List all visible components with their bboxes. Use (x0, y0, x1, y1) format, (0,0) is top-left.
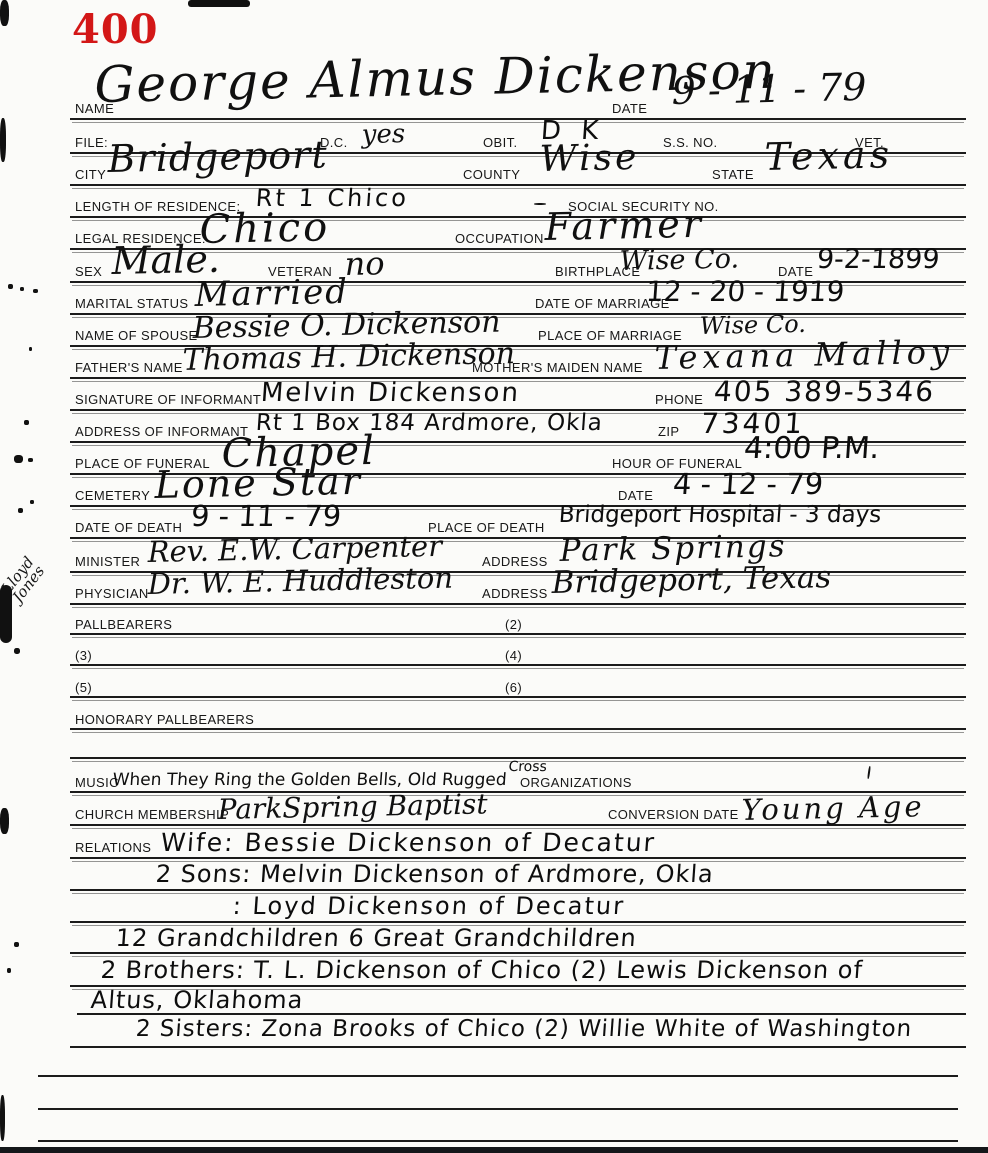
scan-artifact (0, 0, 9, 26)
form-rule (38, 1075, 958, 1077)
sex-label: SEX (75, 264, 102, 279)
church-membership-label: CHURCH MEMBERSHIP (75, 807, 229, 822)
place-of-death-value: Bridgeport Hospital - 3 days (558, 504, 882, 527)
music-value: When They Ring the Golden Bells, Old Rug… (112, 772, 507, 789)
record-date-label: DATE (612, 101, 647, 116)
scan-artifact (14, 455, 23, 463)
record-date-value: 9 - 11 - 79 (671, 68, 867, 110)
county-value: Wise (539, 140, 639, 178)
form-rule (70, 728, 966, 730)
zip-label: ZIP (658, 424, 679, 439)
pallbearer-4-label: (4) (505, 648, 522, 663)
scan-artifact (7, 968, 11, 973)
scan-artifact (20, 287, 24, 291)
form-rule (70, 633, 966, 635)
form-rule (70, 603, 966, 605)
pallbearer-6-label: (6) (505, 680, 522, 695)
date-of-death-label: DATE OF DEATH (75, 520, 182, 535)
conversion-date-value: Young Age (741, 792, 924, 825)
county-label: COUNTY (463, 167, 520, 182)
cemetery-label: CEMETERY (75, 488, 150, 503)
name-of-spouse-label: NAME OF SPOUSE (75, 328, 198, 343)
birth-date-value: 9-2-1899 (816, 246, 940, 273)
file-label: FILE: (75, 135, 108, 150)
relations-line-altus: Altus, Oklahoma (90, 988, 304, 1012)
form-rule (38, 1108, 958, 1110)
form-rule (38, 1140, 958, 1142)
cemetery-value: Lone Star (154, 462, 362, 504)
pen-tick-mark (867, 766, 871, 779)
mothers-maiden-name-label: MOTHER'S MAIDEN NAME (472, 360, 643, 375)
marital-status-label: MARITAL STATUS (75, 296, 188, 311)
scan-artifact (18, 508, 23, 513)
scan-artifact (8, 284, 13, 289)
physician-address-label: ADDRESS (482, 586, 548, 601)
relations-line-sisters: 2 Sisters: Zona Brooks of Chico (2) Will… (135, 1018, 913, 1041)
city-label: CITY (75, 167, 106, 182)
relations-label: RELATIONS (75, 840, 151, 855)
ssno-label: S.S. NO. (663, 135, 718, 150)
form-rule (70, 664, 966, 666)
fathers-name-value: Thomas H. Dickenson (182, 339, 515, 376)
occupation-label: OCCUPATION (455, 231, 544, 246)
scan-artifact (188, 0, 250, 7)
scan-artifact (29, 347, 32, 351)
form-rule (70, 889, 966, 891)
form-rule (70, 1046, 966, 1048)
state-label: STATE (712, 167, 754, 182)
organizations-label: ORGANIZATIONS (520, 775, 632, 790)
scan-artifact (0, 1095, 5, 1141)
burial-date-value: 4 - 12 - 79 (672, 470, 824, 499)
physician-value: Dr. W. E. Huddleston (147, 564, 453, 599)
city-value: Bridgeport (107, 135, 328, 178)
mothers-maiden-name-value: Texana Malloy (654, 336, 954, 374)
relations-line-brothers: 2 Brothers: T. L. Dickenson of Chico (2)… (100, 958, 864, 982)
phone-value: 405 389-5346 (713, 378, 936, 406)
minister-label: MINISTER (75, 554, 140, 569)
scan-artifact (14, 648, 20, 654)
form-rule (70, 857, 966, 859)
scan-artifact (28, 458, 33, 462)
music-value-overflow: Cross (508, 760, 547, 774)
signature-of-informant-value: Melvin Dickenson (260, 380, 521, 406)
obit-label: OBIT. (483, 135, 518, 150)
physician-label: PHYSICIAN (75, 586, 149, 601)
occupation-value: Farmer (544, 205, 704, 246)
date-of-marriage-value: 12 - 20 - 1919 (645, 278, 845, 306)
hour-of-funeral-value: 4:00 P.M. (743, 434, 880, 464)
relations-line-sons: 2 Sons: Melvin Dickenson of Ardmore, Okl… (155, 862, 715, 886)
form-rule (70, 921, 966, 923)
date-of-death-value: 9 - 11 - 79 (190, 502, 342, 531)
scan-artifact (33, 289, 38, 293)
form-rule (70, 696, 966, 698)
scan-artifact (30, 500, 34, 504)
phone-label: PHONE (655, 392, 703, 407)
signature-of-informant-label: SIGNATURE OF INFORMANT (75, 392, 261, 407)
scan-artifact (14, 942, 19, 947)
burial-date-label: DATE (618, 488, 653, 503)
pallbearers-label: PALLBEARERS (75, 617, 172, 632)
dc-value: yes (361, 121, 405, 148)
minister-address-label: ADDRESS (482, 554, 548, 569)
place-of-death-label: PLACE OF DEATH (428, 520, 545, 535)
fathers-name-label: FATHER'S NAME (75, 360, 183, 375)
conversion-date-label: CONVERSION DATE (608, 807, 739, 822)
scan-artifact (24, 420, 29, 425)
scan-artifact (0, 118, 6, 162)
pallbearer-3-label: (3) (75, 648, 92, 663)
relations-line-loyd: : Loyd Dickenson of Decatur (232, 894, 626, 918)
form-rule (70, 952, 966, 954)
relations-line-grandchildren: 12 Grandchildren 6 Great Grandchildren (115, 926, 638, 950)
marital-status-value: Married (194, 275, 349, 312)
honorary-pallbearers-label: HONORARY PALLBEARERS (75, 712, 254, 727)
scan-edge-bar (0, 1147, 988, 1153)
scan-artifact (0, 808, 9, 834)
pallbearer-2-label: (2) (505, 617, 522, 632)
church-membership-value: ParkSpring Baptist (217, 790, 487, 824)
scan-artifact (0, 585, 12, 643)
birthplace-value: Wise Co. (619, 246, 739, 275)
veteran-value: no (344, 247, 385, 280)
state-value: Texas (764, 135, 893, 176)
relations-value: Wife: Bessie Dickenson of Decatur (160, 830, 657, 855)
page-number: 400 (72, 6, 159, 53)
pallbearer-5-label: (5) (75, 680, 92, 695)
place-of-marriage-value: Wise Co. (699, 312, 806, 338)
form-rule (70, 118, 966, 120)
funeral-record-form: 400 NAME George Almus Dickenson DATE 9 -… (0, 0, 988, 1153)
physician-address-value: Bridgeport, Texas (551, 562, 831, 599)
form-rule (70, 184, 966, 186)
